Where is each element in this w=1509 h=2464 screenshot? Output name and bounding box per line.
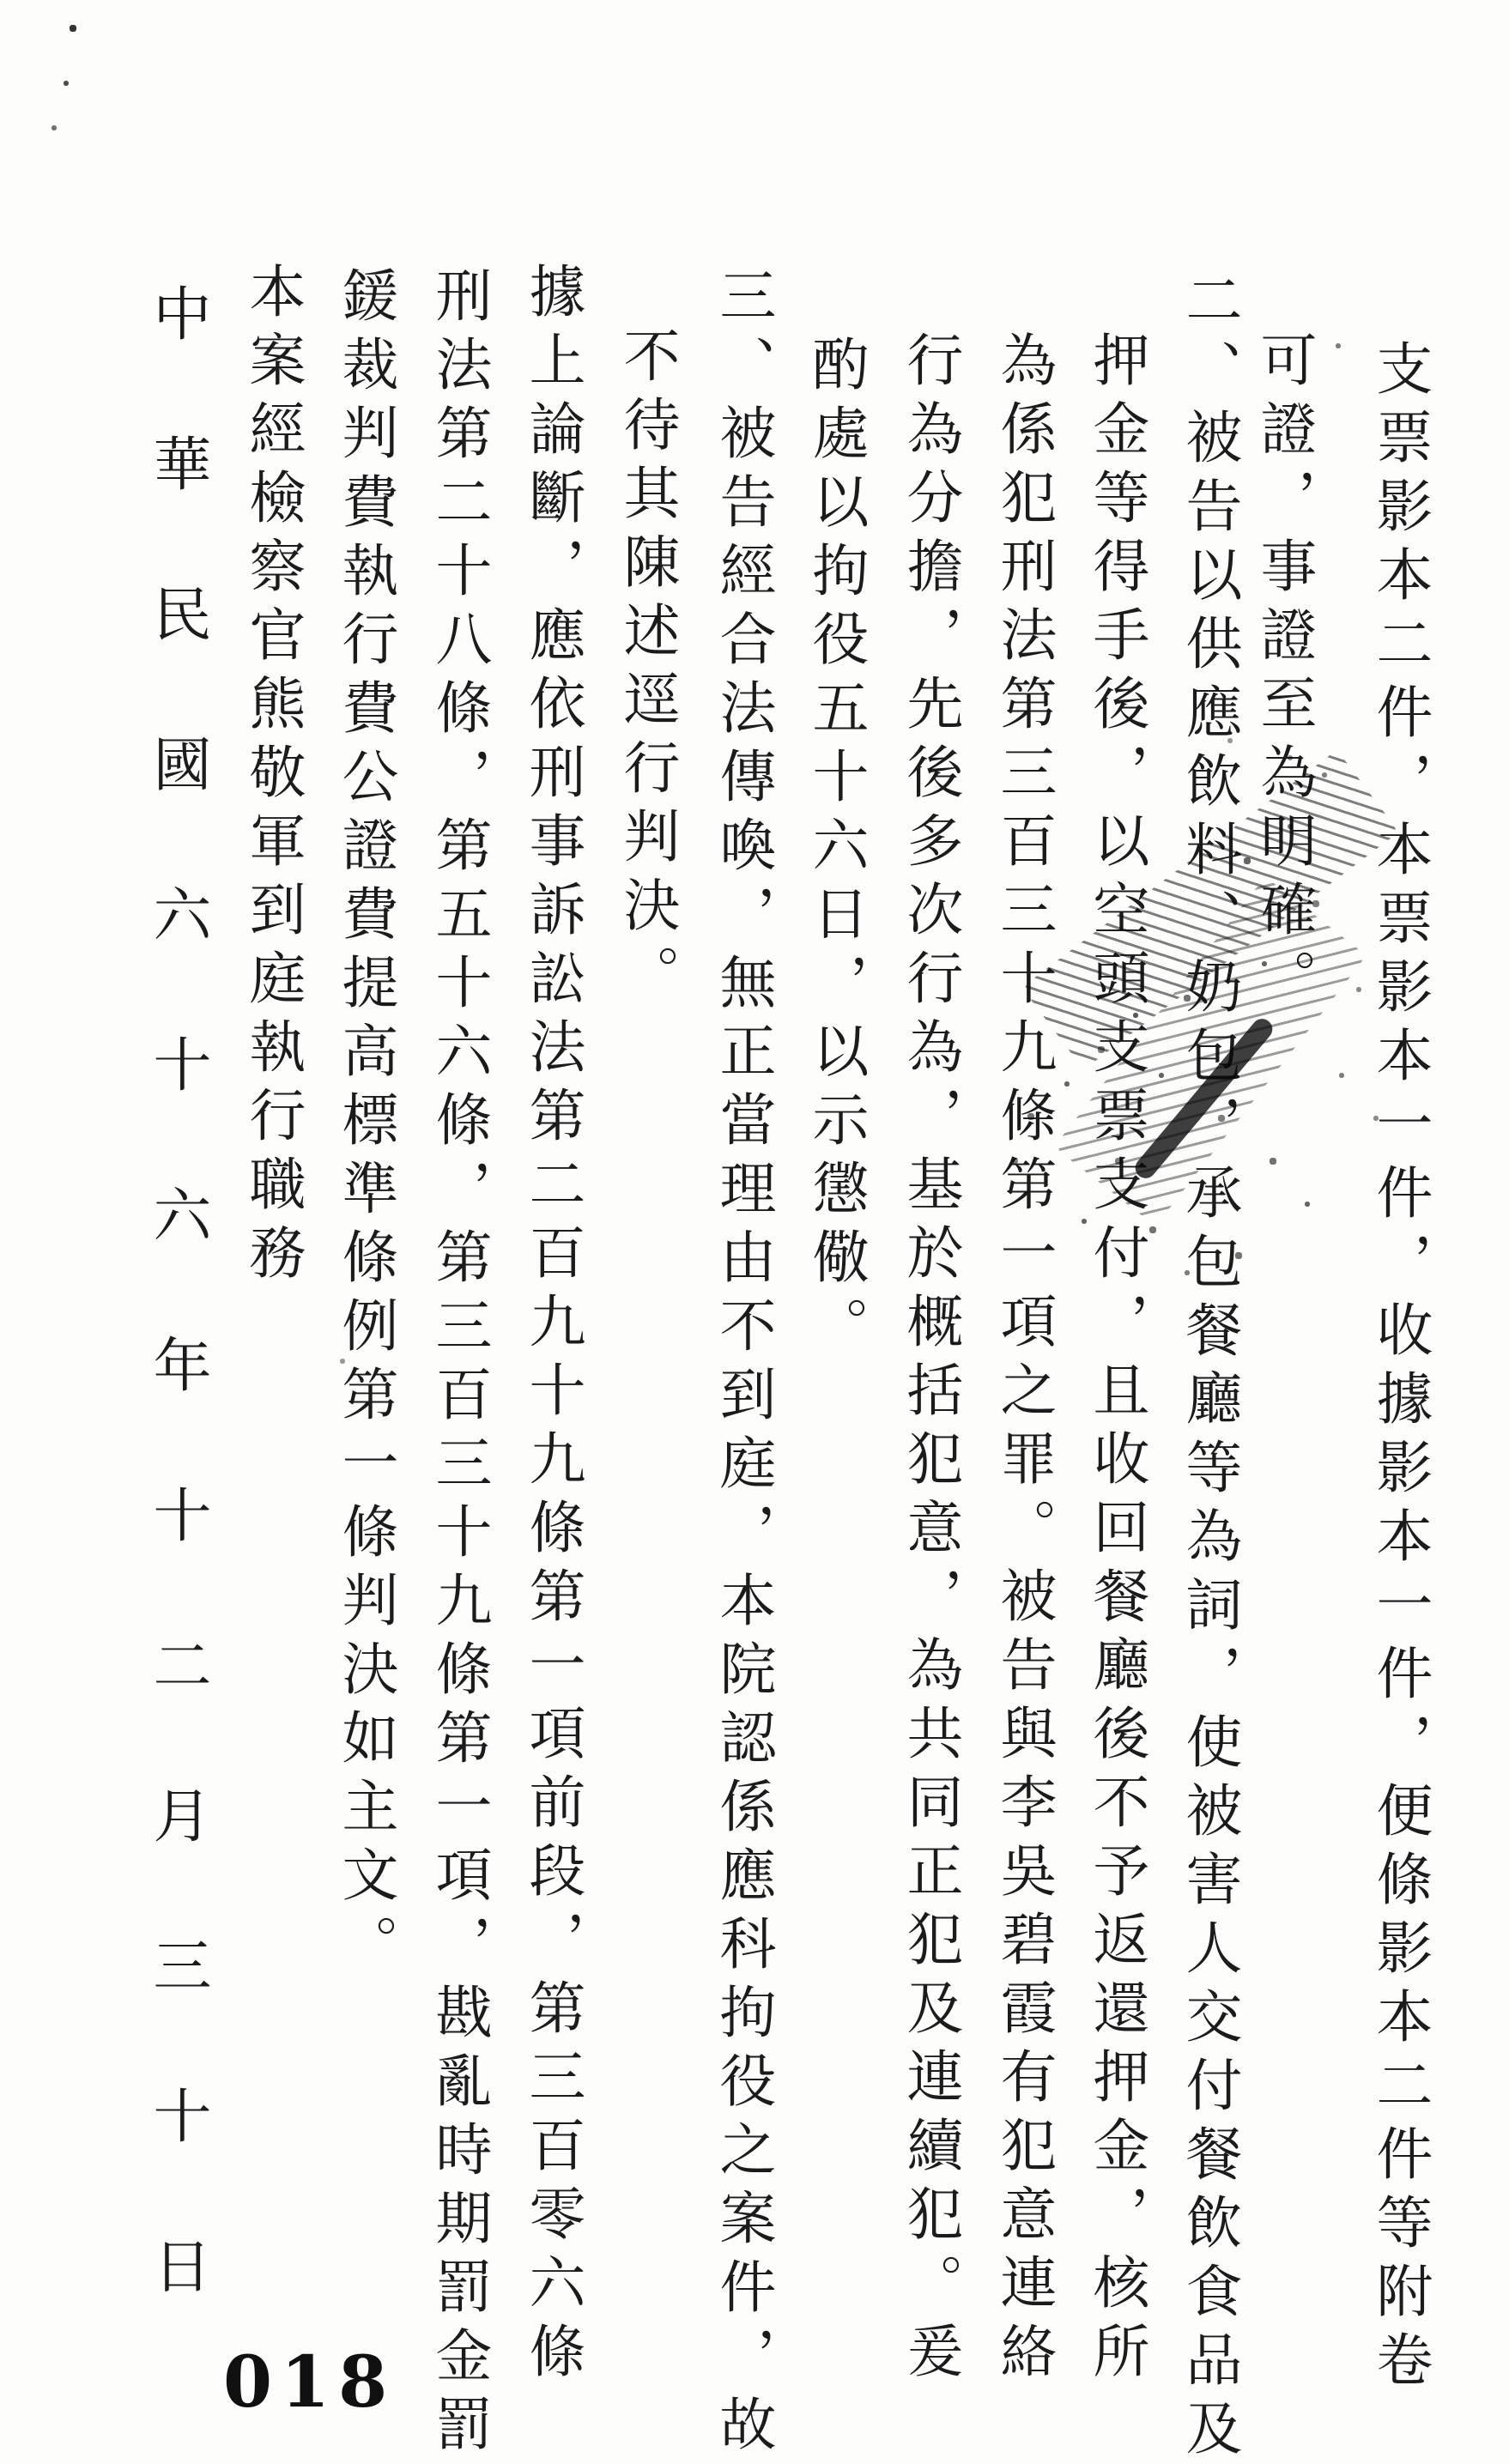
- text-column-12: 鍰裁判費執行費公證費提高標準條例第一條判決如主文。: [336, 266, 393, 1983]
- text-column-11: 刑法第二十八條，第五十六條，第三百三十九條第一項，戡亂時期罰金罰: [430, 266, 487, 2463]
- text-column-3: 二、被告以供應飲料、奶包，承包餐廳等為詞，使被害人交付餐飲食品及: [1180, 270, 1237, 2464]
- text-column-10: 據上論斷，應依刑事訴訟法第二百九十九條第一項前段，第三百零六條: [524, 262, 580, 2390]
- scanned-judgment-page: 支票影本二件，本票影本一件，收據影本一件，便條影本二件等附卷 可證，事證至為明確…: [0, 0, 1509, 2464]
- text-column-13: 本案經檢察官熊敬軍到庭執行職務: [244, 262, 300, 1292]
- text-column-8: 三、被告經合法傳喚，無正當理由不到庭，本院認係應科拘役之案件，故: [714, 266, 771, 2463]
- scan-dust-specks: [0, 0, 2, 2]
- text-column-9: 不待其陳述逕行判決。: [618, 326, 675, 1013]
- date-column: 中華民國六十六年十二月三十日: [148, 283, 206, 2386]
- text-column-7: 酌處以拘役五十六日，以示懲儆。: [807, 335, 864, 1365]
- page-number: 018: [223, 2341, 396, 2424]
- text-column-6: 行為分擔，先後多次行為，基於概括犯意，為共同正犯及連續犯。爰: [901, 330, 958, 2390]
- text-column-1: 支票影本二件，本票影本一件，收據影本一件，便條影本二件等附卷: [1371, 339, 1427, 2399]
- text-column-5: 為係犯刑法第三百三十九條第一項之罪。被告與李吳碧霞有犯意連絡: [995, 330, 1051, 2390]
- text-column-4: 押金等得手後，以空頭支票支付，且收回餐廳後不予返還押金，核所: [1088, 330, 1144, 2390]
